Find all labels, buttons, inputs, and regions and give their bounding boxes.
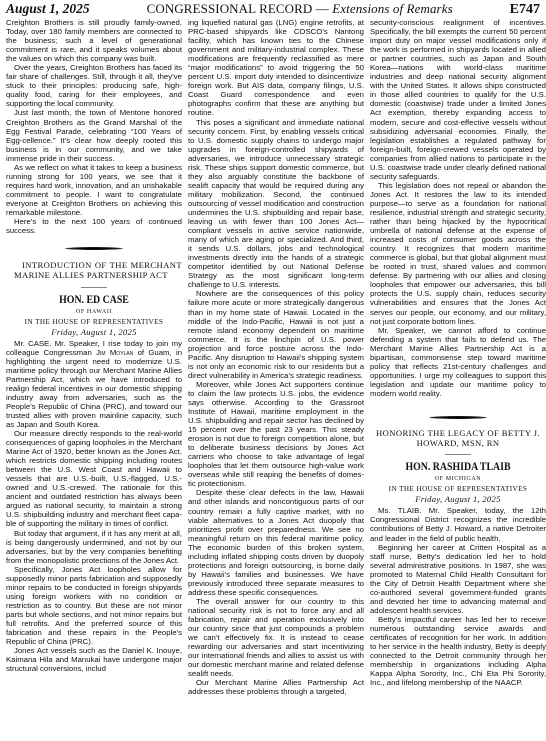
- page-header: August 1, 2025 CONGRESSIONAL RECORD — Ex…: [6, 1, 540, 17]
- paragraph: Betty’s impactful career has led her to …: [370, 615, 546, 687]
- speech-date: Friday, August 1, 2025: [370, 494, 546, 505]
- paragraph: Mr. Speaker, we cannot afford to continu…: [370, 326, 546, 398]
- column-3: security-conscious realignment of incent…: [370, 18, 546, 741]
- paragraph: Jones Act vessels such as the Daniel K. …: [6, 646, 182, 673]
- paragraph: Our Merchant Marine Allies Partnership A…: [188, 678, 364, 696]
- article-title: INTRODUCTION OF THE MERCHANT MARINE ALLI…: [6, 260, 182, 280]
- paragraph: Beginning her career at Critten Hospital…: [370, 543, 546, 615]
- speaker-name: HON. ED CASE: [22, 293, 166, 306]
- paragraph: ing liquefied natural gas (LNG) engine r…: [188, 18, 364, 118]
- paragraph: Specifically, Jones Act loopholes allow …: [6, 565, 182, 646]
- chamber: IN THE HOUSE OF REPRESENTATIVES: [6, 317, 182, 327]
- paragraph: Mr. CASE. Mr. Speaker, I rise today to j…: [6, 339, 182, 429]
- title-separator: —: [312, 1, 332, 16]
- speaker-state: OF HAWAII: [6, 308, 182, 317]
- paragraph: Just last month, the town of Mentone hon…: [6, 108, 182, 162]
- title-rule: [81, 287, 107, 288]
- paragraph: Creighton Brothers is still proudly fami…: [6, 18, 182, 63]
- title-rule: [445, 454, 471, 455]
- columns: Creighton Brothers is still proudly fami…: [6, 18, 541, 741]
- paragraph: Moreover, while Jones Act supporters con…: [188, 380, 364, 489]
- article-title: HONORING THE LEGACY OF BETTY J. HOWARD, …: [370, 428, 546, 448]
- chamber: IN THE HOUSE OF REPRESENTATIVES: [370, 484, 546, 494]
- column-1: Creighton Brothers is still proudly fami…: [6, 18, 182, 741]
- paragraph: As we reflect on what it takes to keep a…: [6, 163, 182, 217]
- speech-date: Friday, August 1, 2025: [6, 327, 182, 338]
- column-2: ing liquefied natural gas (LNG) engine r…: [188, 18, 364, 741]
- paragraph: security-conscious realignment of incent…: [370, 18, 546, 181]
- header-date: August 1, 2025: [6, 1, 90, 17]
- paragraph: Our measure directly responds to the rea…: [6, 429, 182, 529]
- paragraph: This legislation does not repeal or aban…: [370, 181, 546, 326]
- paragraph: Despite these clear defects in the law, …: [188, 488, 364, 597]
- paragraph: Over the years, Creighton Brothers has f…: [6, 63, 182, 108]
- paragraph: This poses a significant and immediate n…: [188, 118, 364, 290]
- section-divider: [65, 247, 123, 250]
- paragraph: But today that argument, if it has any m…: [6, 529, 182, 565]
- text: of Guam, in highlighting the urgent need…: [6, 348, 182, 429]
- paragraph: Nowhere are the consequences of this pol…: [188, 289, 364, 379]
- publication-name: CONGRESSIONAL RECORD: [147, 1, 313, 16]
- colleague-name: Jim Moylan: [96, 348, 133, 357]
- paragraph: The overall answer for our country to th…: [188, 597, 364, 678]
- speaker-state: OF MICHIGAN: [370, 475, 546, 484]
- section-divider: [429, 416, 487, 419]
- header-title: CONGRESSIONAL RECORD — Extensions of Rem…: [147, 1, 453, 17]
- paragraph: Ms. TLAIB. Mr. Speaker, today, the 12th …: [370, 506, 546, 542]
- section-name: Extensions of Remarks: [332, 1, 453, 16]
- speaker-name: HON. RASHIDA TLAIB: [386, 460, 530, 473]
- page-number: E747: [510, 2, 540, 18]
- paragraph: Here’s to the next 100 years of continue…: [6, 217, 182, 235]
